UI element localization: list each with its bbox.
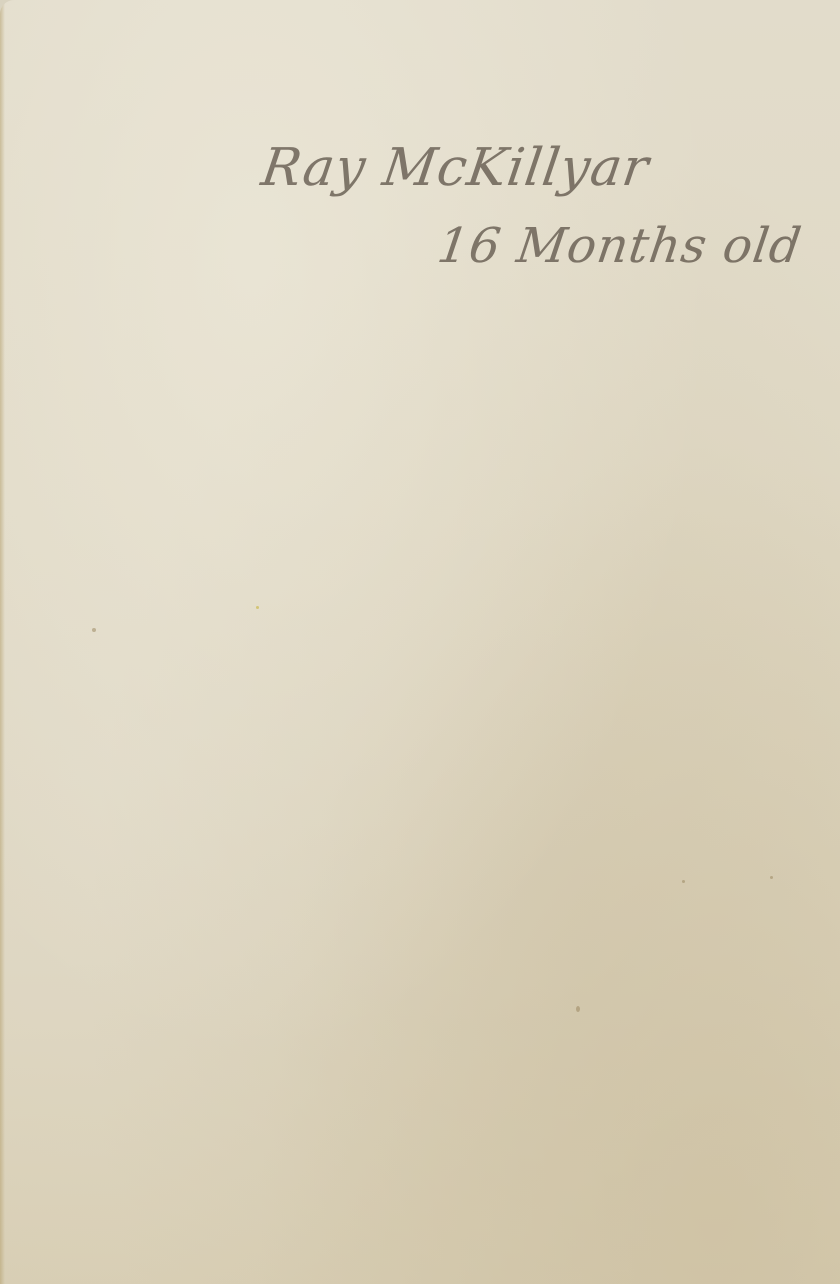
paper-speck	[576, 1006, 580, 1012]
paper-speck	[256, 606, 259, 609]
inscription-name: Ray McKillyar	[258, 138, 653, 198]
card-back: Ray McKillyar 16 Months old	[0, 0, 840, 1284]
paper-speck	[92, 628, 96, 632]
inscription-age: 16 Months old	[434, 218, 805, 274]
paper-speck	[770, 876, 773, 879]
paper-speck	[682, 880, 685, 883]
worn-edge	[0, 0, 5, 1284]
